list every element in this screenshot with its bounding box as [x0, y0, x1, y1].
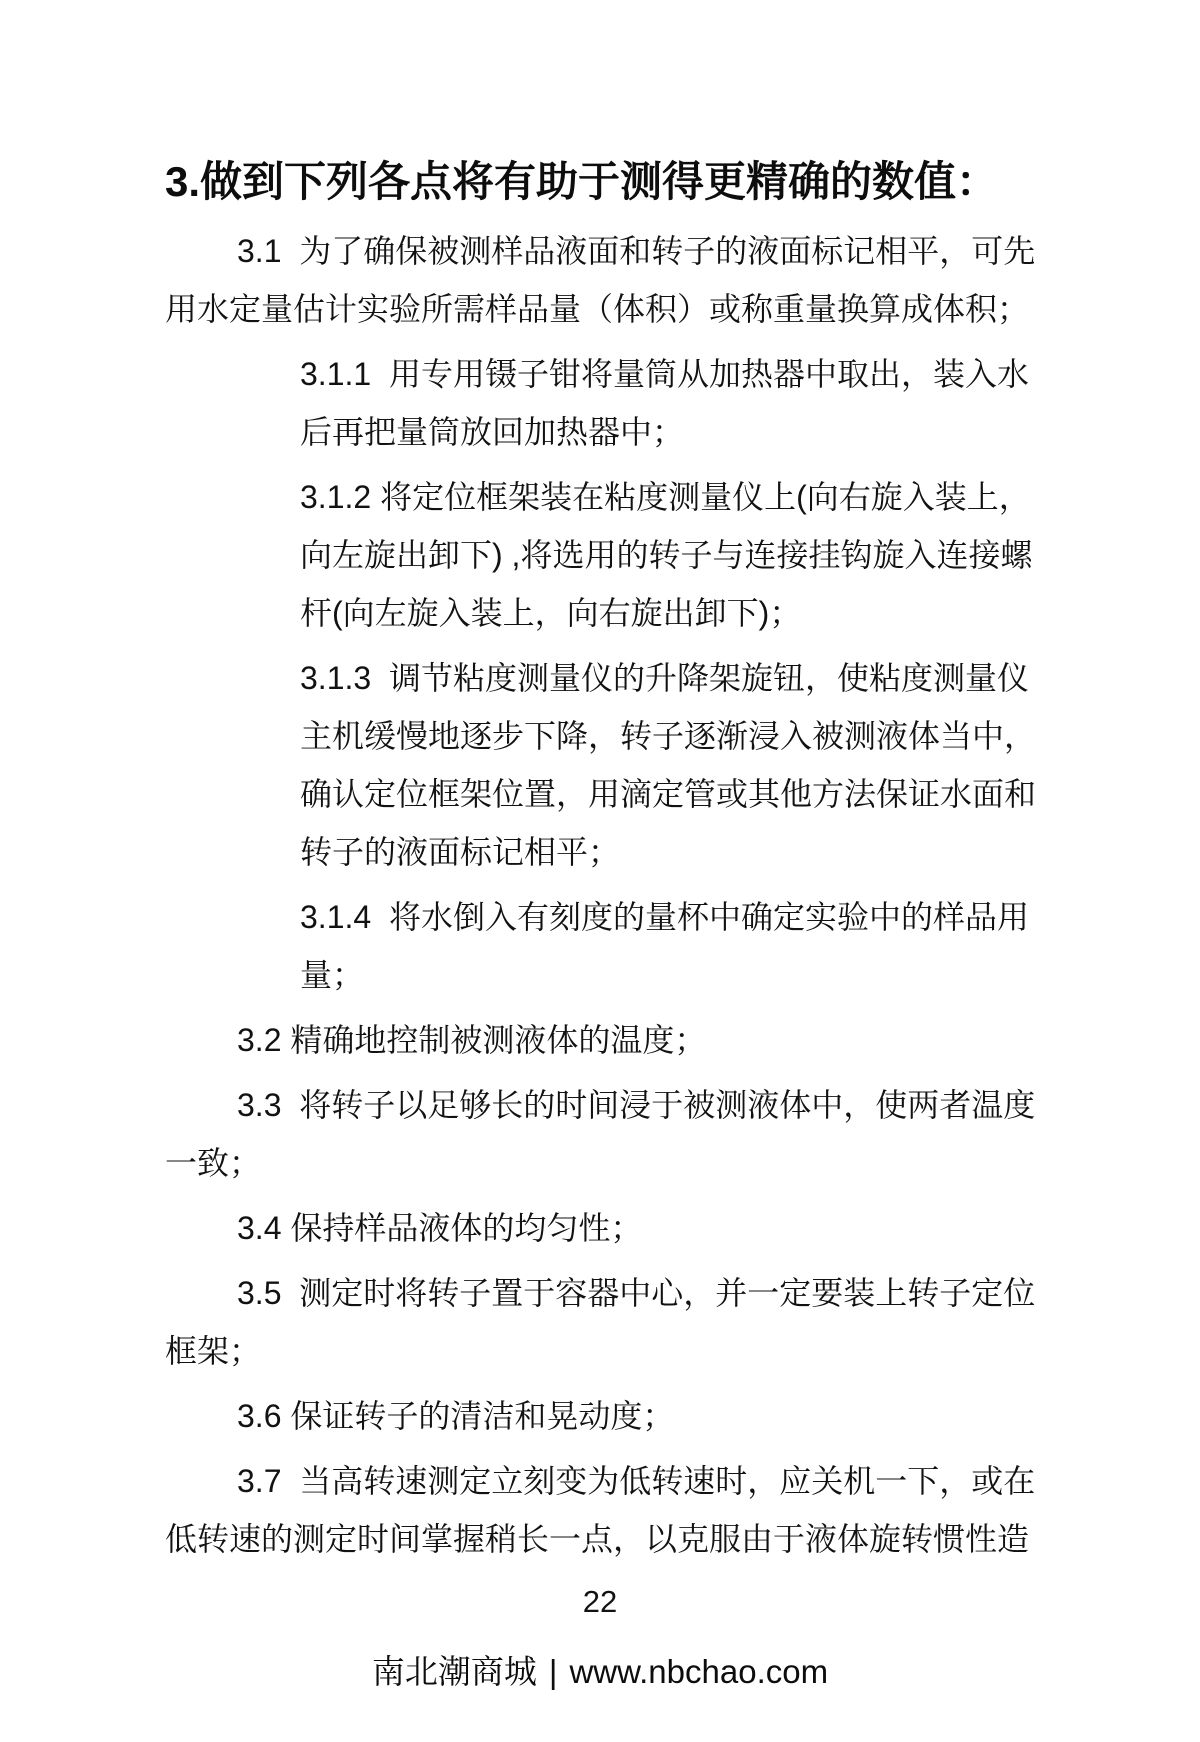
section-heading: 3.做到下列各点将有助于测得更精确的数值：	[165, 150, 1035, 214]
paragraph-3-1-3: 3.1.3 调节粘度测量仪的升降架旋钮，使粘度测量仪 主机缓慢地逐步下降，转子逐…	[300, 649, 1035, 881]
paragraph-3-4: 3.4 保持样品液体的均匀性；	[165, 1199, 1035, 1257]
footer-separator-bar: |	[549, 1650, 558, 1694]
paragraph-3-7: 3.7 当高转速测定立刻变为低转速时，应关机一下，或在 低转速的测定时间掌握稍长…	[165, 1452, 1035, 1568]
document-page: 3.做到下列各点将有助于测得更精确的数值： 3.1 为了确保被测样品液面和转子的…	[0, 0, 1200, 1742]
paragraph-3-1-4: 3.1.4 将水倒入有刻度的量杯中确定实验中的样品用 量；	[300, 888, 1035, 1004]
page-number: 22	[165, 1580, 1035, 1624]
footer-site-name: 南北潮商城	[372, 1653, 537, 1690]
paragraph-3-5: 3.5 测定时将转子置于容器中心，并一定要装上转子定位 框架；	[165, 1264, 1035, 1380]
page-footer: 南北潮商城|www.nbchao.com	[165, 1650, 1035, 1694]
paragraph-3-1-1: 3.1.1 用专用镊子钳将量筒从加热器中取出，装入水 后再把量筒放回加热器中；	[300, 345, 1035, 461]
paragraph-3-3: 3.3 将转子以足够长的时间浸于被测液体中，使两者温度 一致；	[165, 1076, 1035, 1192]
paragraph-3-2: 3.2 精确地控制被测液体的温度；	[165, 1011, 1035, 1069]
paragraph-3-6: 3.6 保证转子的清洁和晃动度；	[165, 1387, 1035, 1445]
paragraph-3-1-2: 3.1.2 将定位框架装在粘度测量仪上(向右旋入装上， 向左旋出卸下) ,将选用…	[300, 468, 1035, 642]
paragraph-3-1: 3.1 为了确保被测样品液面和转子的液面标记相平，可先 用水定量估计实验所需样品…	[165, 222, 1035, 338]
footer-site-url: www.nbchao.com	[569, 1653, 828, 1690]
